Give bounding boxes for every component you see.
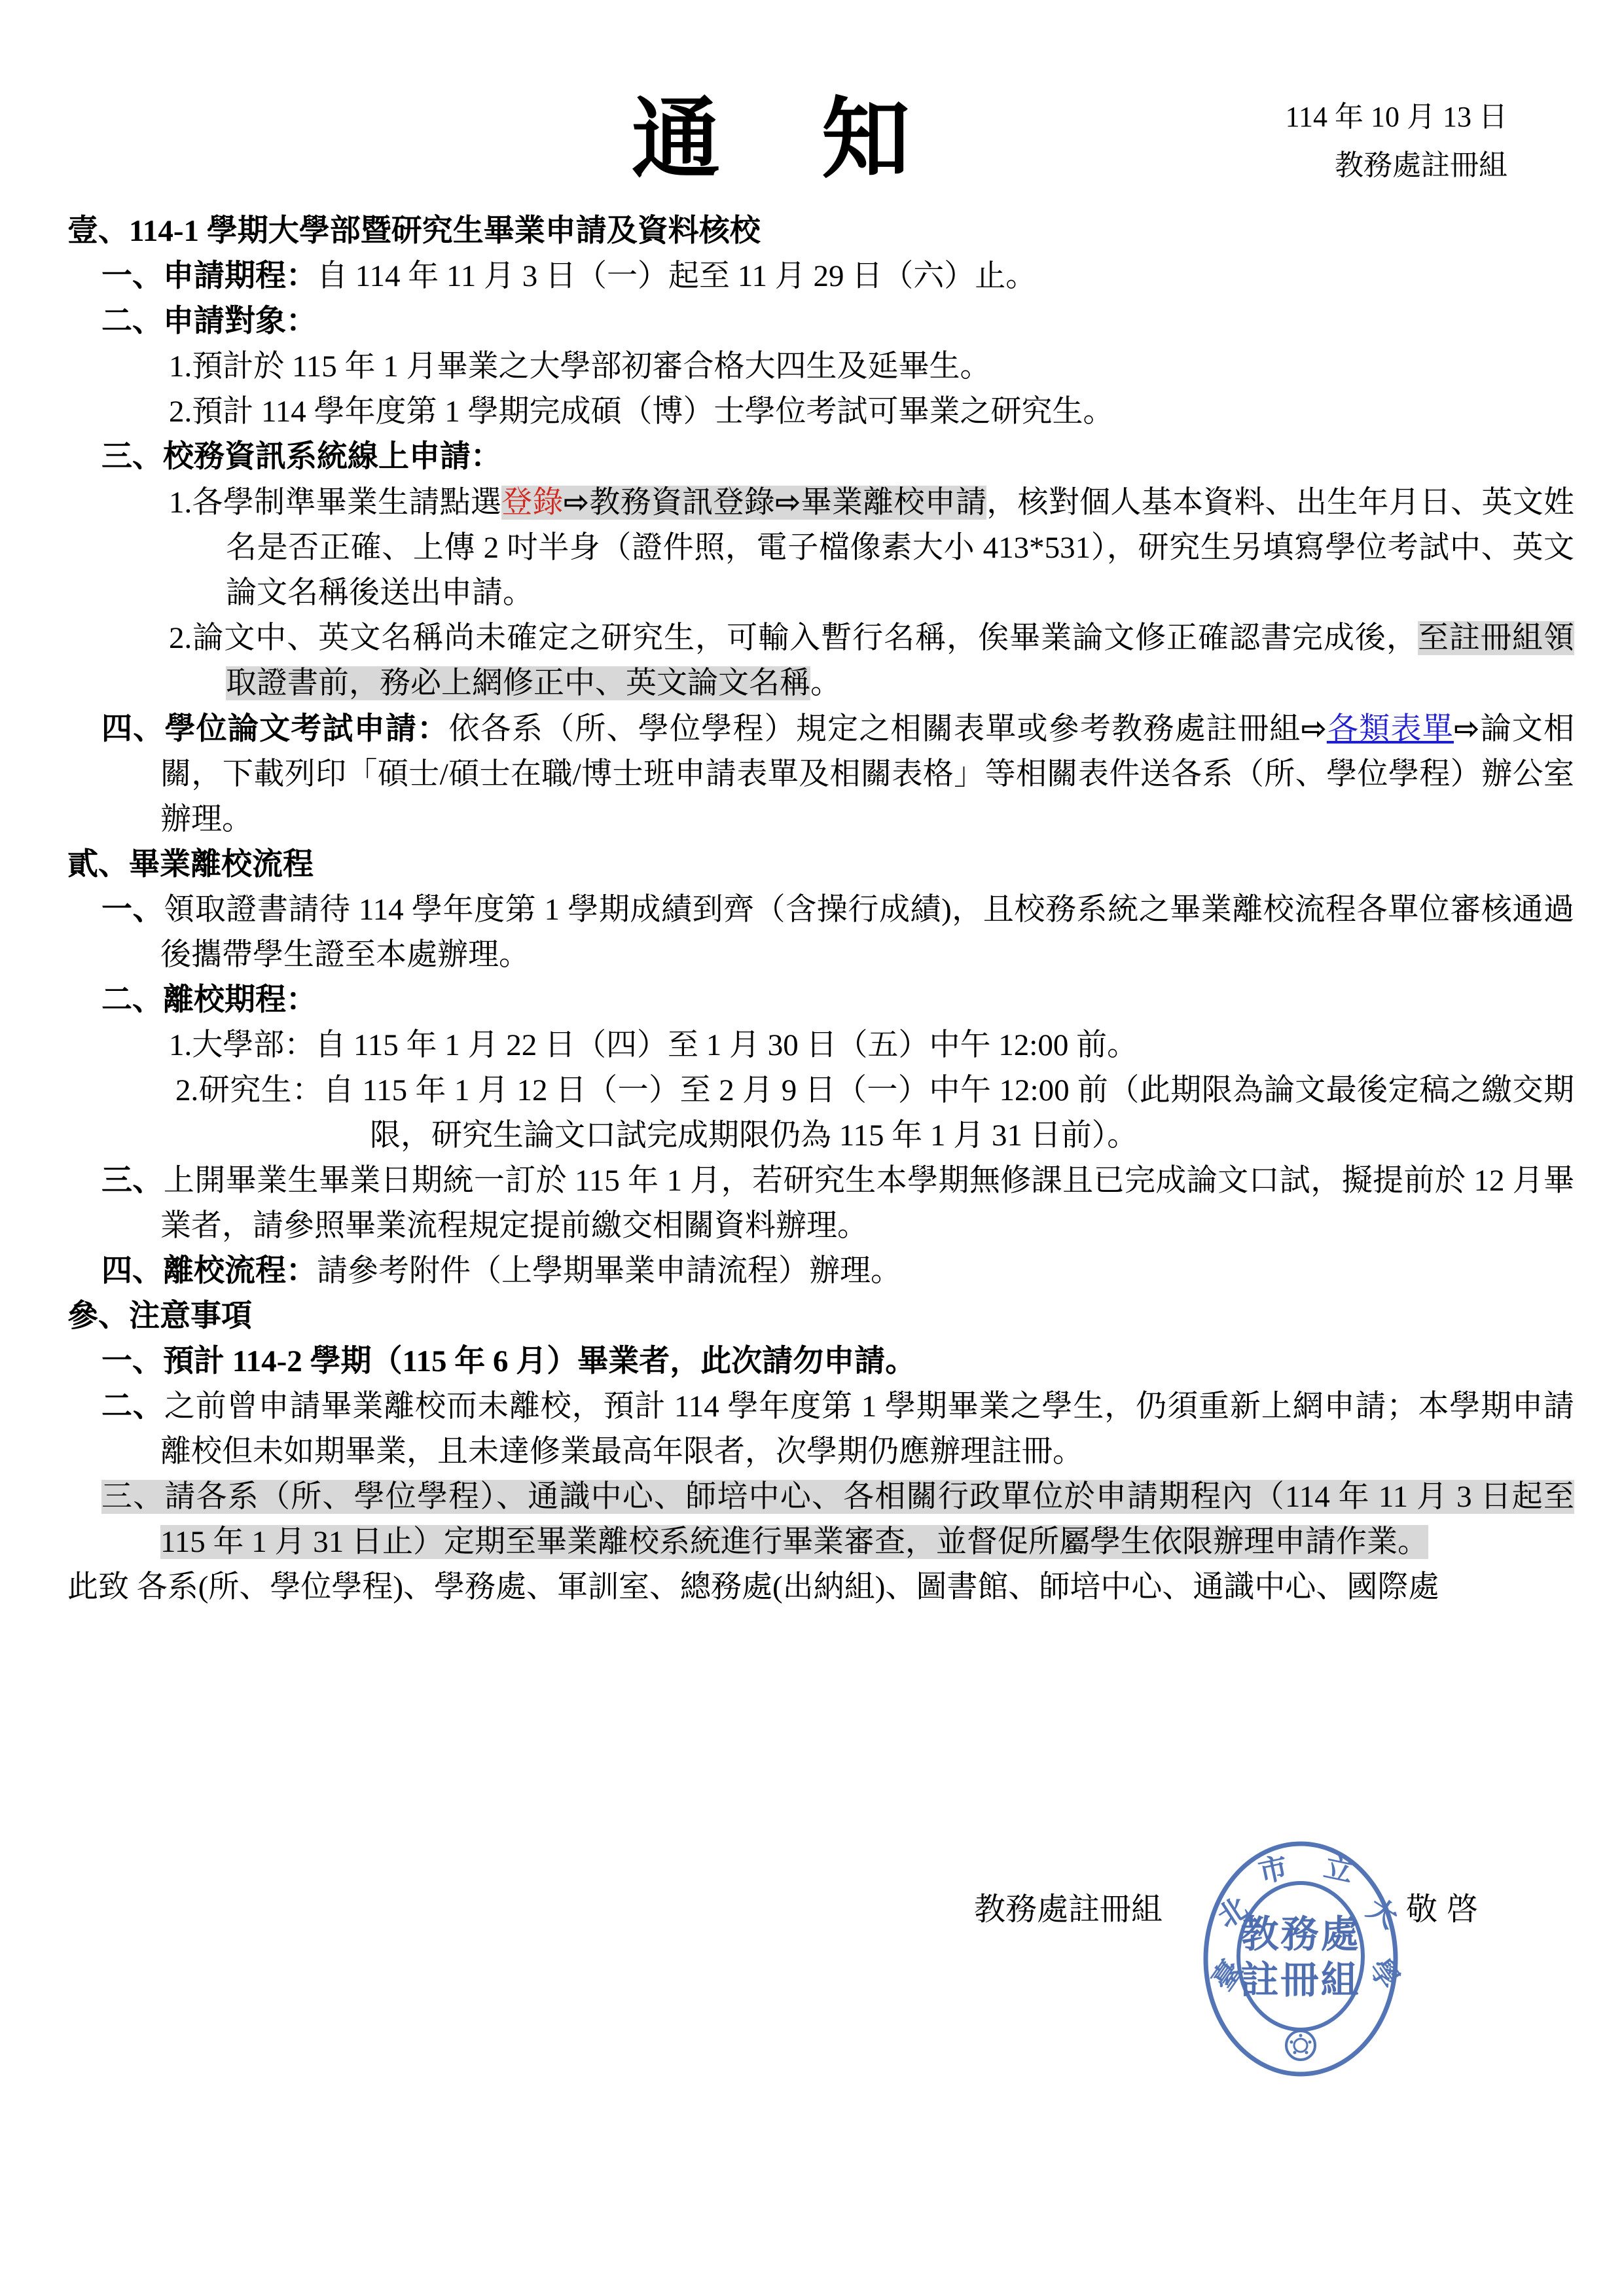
item-label: 四、離校流程：: [101, 1254, 317, 1288]
issuer-unit: 教務處註冊組: [1286, 141, 1507, 190]
section2-heading: 貳、畢業離校流程: [67, 842, 1574, 888]
item-text: 上開畢業生畢業日期統一訂於 115 年 1 月，若研究生本學期無修課且已完成論文…: [160, 1164, 1574, 1243]
item-label: 三、: [101, 1480, 164, 1514]
stamp-ring-char: 市: [1255, 1852, 1290, 1889]
section3-item1: 一、預計 114-2 學期（115 年 6 月）畢業者，此次請勿申請。: [67, 1339, 1574, 1384]
item-text: 2.預計 114 學年度第 1 學期完成碩（博）士學位考試可畢業之研究生。: [169, 395, 1114, 429]
section2-item3: 三、上開畢業生畢業日期統一訂於 115 年 1 月，若研究生本學期無修課且已完成…: [67, 1158, 1574, 1249]
section3-heading: 參、注意事項: [67, 1294, 1574, 1339]
cc-line: 此致 各系(所、學位學程)、學務處、軍訓室、總務處(出納組)、圖書館、師培中心、…: [67, 1565, 1574, 1610]
login-red-text: 登錄: [501, 486, 564, 520]
university-emblem: [1286, 2031, 1315, 2060]
section3-item3: 三、請各系（所、學位學程）、通識中心、師培中心、各相關行政單位於申請期程內（11…: [67, 1475, 1574, 1565]
right-arrow-icon: ⇨: [564, 484, 589, 520]
section1-item3-sub1: 1.各學制準畢業生請點選登錄⇨教務資訊登錄⇨畢業離校申請，核對個人基本資料、出生…: [67, 480, 1574, 616]
item-text: 1.各學制準畢業生請點選: [169, 486, 501, 520]
item-label: 三、校務資訊系統線上申請：: [101, 440, 501, 474]
notice-page: { "doc": { "title": "通 知", "date": "114 …: [0, 0, 1624, 2296]
stamp-ring-char: 大: [1362, 1892, 1403, 1935]
item-text: 2.研究生：自 115 年 1 月 12 日（一）至 2 月 9 日（一）中午 …: [175, 1073, 1574, 1153]
section2-item1: 一、領取證書請待 114 學年度第 1 學期成績到齊（含操行成績)，且校務系統之…: [67, 888, 1574, 978]
section1-item2-sub2: 2.預計 114 學年度第 1 學期完成碩（博）士學位考試可畢業之研究生。: [67, 389, 1574, 435]
stamp-ring-char: 學: [1363, 1953, 1405, 1995]
section1-item3: 三、校務資訊系統線上申請：: [67, 435, 1574, 480]
item-label: 二、離校期程：: [101, 983, 317, 1017]
menu-step: 畢業離校申請: [801, 486, 986, 520]
item-label: 一、: [101, 893, 164, 927]
right-arrow-icon: ⇨: [775, 484, 801, 520]
notice-date: 114 年 10 月 13 日: [1286, 93, 1507, 141]
right-arrow-icon: ⇨: [1301, 711, 1326, 747]
section1-item4: 四、學位論文考試申請：依各系（所、學位學程）規定之相關表單或參考教務處註冊組⇨各…: [67, 706, 1574, 842]
item-label: 二、: [101, 1390, 164, 1424]
section1-item3-sub2: 2.論文中、英文名稱尚未確定之研究生，可輸入暫行名稱，俟畢業論文修正確認書完成後…: [67, 616, 1574, 706]
item-text: 預計 114-2 學期（115 年 6 月）畢業者，此次請勿申請。: [163, 1344, 916, 1378]
section1-heading: 壹、114-1 學期大學部暨研究生畢業申請及資料核校: [67, 209, 1574, 254]
item-text: 之前曾申請畢業離校而未離校，預計 114 學年度第 1 學期畢業之學生，仍須重新…: [160, 1390, 1574, 1469]
menu-step: 教務資訊登錄: [589, 486, 775, 520]
right-arrow-icon: ⇨: [1454, 711, 1479, 747]
header-meta: 114 年 10 月 13 日 教務處註冊組: [1286, 93, 1507, 190]
signature-unit: 教務處註冊組: [974, 1884, 1163, 1929]
item-text: 1.大學部：自 115 年 1 月 22 日（四）至 1 月 30 日（五）中午…: [169, 1028, 1138, 1062]
item-text: 1.預計於 115 年 1 月畢業之大學部初審合格大四生及延畢生。: [169, 350, 991, 384]
item-label: 四、學位論文考試申請：: [101, 712, 448, 746]
highlighted-item: 三、請各系（所、學位學程）、通識中心、師培中心、各相關行政單位於申請期程內（11…: [101, 1480, 1574, 1559]
section2-item2-sub2: 2.研究生：自 115 年 1 月 12 日（一）至 2 月 9 日（一）中午 …: [67, 1068, 1574, 1158]
item-text: 請各系（所、學位學程）、通識中心、師培中心、各相關行政單位於申請期程內（114 …: [160, 1480, 1574, 1559]
section1-item1: 一、申請期程：自 114 年 11 月 3 日（一）起至 11 月 29 日（六…: [67, 254, 1574, 299]
section3-item2: 二、之前曾申請畢業離校而未離校，預計 114 學年度第 1 學期畢業之學生，仍須…: [67, 1384, 1574, 1475]
stamp-center-line1: 教務處: [1240, 1913, 1360, 1956]
section2-item2: 二、離校期程：: [67, 978, 1574, 1023]
section2-item4: 四、離校流程：請參考附件（上學期畢業申請流程）辦理。: [67, 1249, 1574, 1294]
stamp-ring-char: 立: [1321, 1851, 1356, 1888]
item-label: 一、: [101, 1344, 163, 1378]
item-text: 自 114 年 11 月 3 日（一）起至 11 月 29 日（六）止。: [317, 259, 1036, 293]
registrar-stamp: 臺 北 市 立 大 學 教務處 註冊組: [1188, 1829, 1413, 2091]
page-title: 通 知: [632, 68, 916, 195]
stamp-inner-ring: [1238, 1883, 1363, 2030]
signature-closing: 敬啓: [1406, 1884, 1487, 1929]
item-text: 請參考附件（上學期畢業申請流程）辦理。: [317, 1254, 901, 1288]
item-text: 2.論文中、英文名稱尚未確定之研究生，可輸入暫行名稱，俟畢業論文修正確認書完成後…: [169, 621, 1418, 655]
highlighted-path: 登錄⇨教務資訊登錄⇨畢業離校申請: [501, 486, 986, 520]
section1-item2-sub1: 1.預計於 115 年 1 月畢業之大學部初審合格大四生及延畢生。: [67, 344, 1574, 389]
item-text: 。: [810, 666, 841, 700]
item-label: 一、申請期程：: [101, 259, 317, 293]
item-label: 二、申請對象：: [101, 304, 317, 338]
notice-body: 壹、114-1 學期大學部暨研究生畢業申請及資料核校 一、申請期程：自 114 …: [67, 209, 1574, 1610]
section1-item2: 二、申請對象：: [67, 299, 1574, 344]
item-text: 領取證書請待 114 學年度第 1 學期成績到齊（含操行成績)，且校務系統之畢業…: [160, 893, 1574, 972]
item-text: 依各系（所、學位學程）規定之相關表單或參考教務處註冊組: [448, 712, 1301, 746]
section2-item2-sub1: 1.大學部：自 115 年 1 月 22 日（四）至 1 月 30 日（五）中午…: [67, 1023, 1574, 1068]
forms-link[interactable]: 各類表單: [1327, 712, 1454, 746]
stamp-center-line2: 註冊組: [1240, 1959, 1360, 2001]
item-label: 三、: [101, 1164, 164, 1198]
